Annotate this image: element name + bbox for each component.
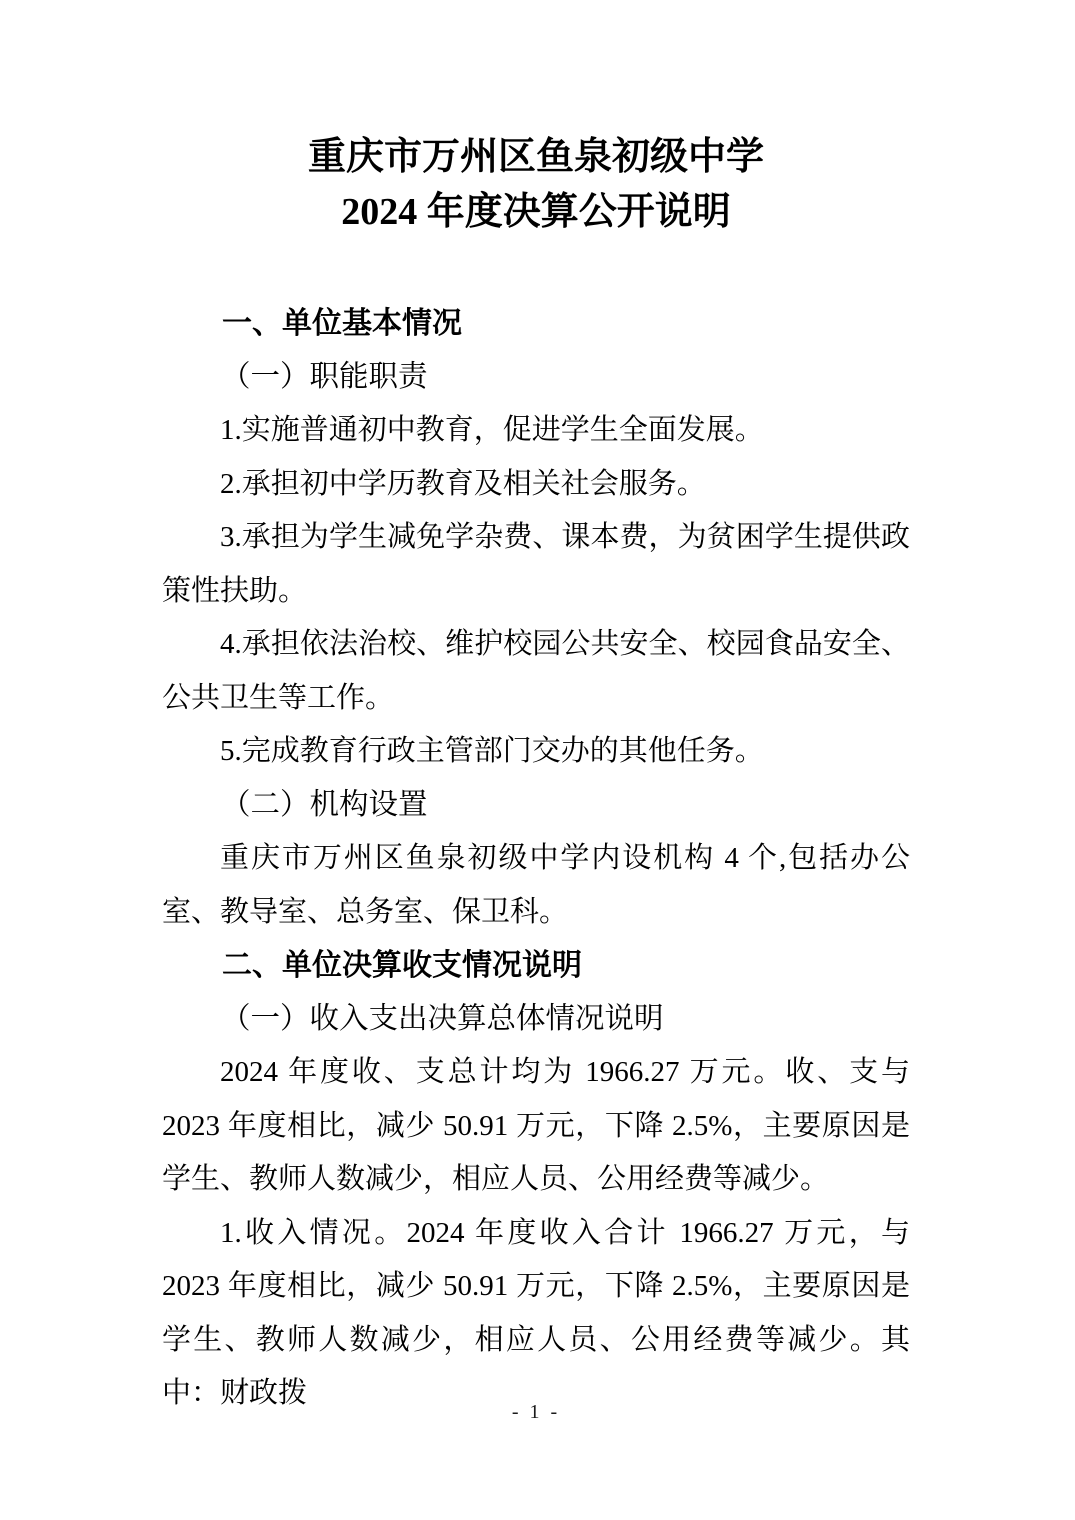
subsection-heading-2-1: （一）收入支出决算总体情况说明	[162, 993, 910, 1047]
paragraph-budget-overview: 2024 年度收、支总计均为 1966.27 万元。收、支与 2023 年度相比…	[162, 1046, 910, 1207]
document-body: 一、单位基本情况 （一）职能职责 1.实施普通初中教育，促进学生全面发展。 2.…	[162, 297, 910, 1421]
page-number: - 1 -	[162, 1398, 910, 1426]
paragraph-org-setup: 重庆市万州区鱼泉初级中学内设机构 4 个,包括办公室、教导室、总务室、保卫科。	[162, 832, 910, 939]
section-heading-2: 二、单位决算收支情况说明	[162, 939, 910, 993]
document-page: 重庆市万州区鱼泉初级中学 2024 年度决算公开说明 一、单位基本情况 （一）职…	[0, 0, 1075, 1520]
document-title-line2: 2024 年度决算公开说明	[162, 185, 910, 240]
document-title: 重庆市万州区鱼泉初级中学 2024 年度决算公开说明	[162, 130, 910, 240]
subsection-heading-1-2: （二）机构设置	[162, 779, 910, 833]
document-content: 重庆市万州区鱼泉初级中学 2024 年度决算公开说明 一、单位基本情况 （一）职…	[162, 0, 910, 1421]
paragraph-duty-1: 1.实施普通初中教育，促进学生全面发展。	[162, 404, 910, 458]
paragraph-duty-4: 4.承担依法治校、维护校园公共安全、校园食品安全、公共卫生等工作。	[162, 618, 910, 725]
paragraph-income-detail: 1.收入情况。2024 年度收入合计 1966.27 万元，与 2023 年度相…	[162, 1207, 910, 1421]
paragraph-duty-5: 5.完成教育行政主管部门交办的其他任务。	[162, 725, 910, 779]
paragraph-duty-2: 2.承担初中学历教育及相关社会服务。	[162, 458, 910, 512]
subsection-heading-1-1: （一）职能职责	[162, 351, 910, 405]
document-title-line1: 重庆市万州区鱼泉初级中学	[162, 130, 910, 185]
paragraph-duty-3: 3.承担为学生减免学杂费、课本费，为贫困学生提供政策性扶助。	[162, 511, 910, 618]
section-heading-1: 一、单位基本情况	[162, 297, 910, 351]
